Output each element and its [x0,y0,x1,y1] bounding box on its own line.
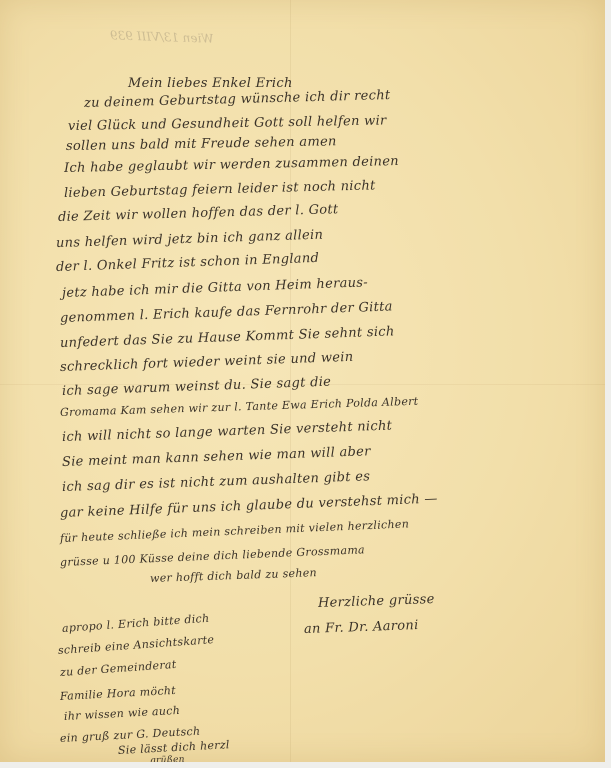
header-date-note: Wien 13/VIII 939 [110,28,214,46]
body-line: Ich habe geglaubt wir werden zusammen de… [64,154,399,176]
body-line: genommen l. Erich kaufe das Fernrohr der… [60,299,393,326]
body-line: der l. Onkel Fritz ist schon in England [56,251,320,275]
closing-greeting: Herzliche grüsse [318,592,435,611]
body-line: die Zeit wir wollen hoffen das der l. Go… [58,202,339,225]
postscript-line: ihr wissen wie auch [64,704,181,723]
body-line: viel Glück und Gesundheit Gott soll helf… [68,113,387,134]
postscript-line: schreib eine Ansichtskarte [58,633,215,657]
body-line: für heute schließe ich mein schreiben mi… [60,517,410,545]
body-line: unfedert das Sie zu Hause Kommt Sie sehn… [60,324,395,351]
bleed-through-text [380,72,384,86]
body-line: gar keine Hilfe für uns ich glaube du ve… [60,491,438,520]
body-line: uns helfen wird jetz bin ich ganz allein [56,228,324,251]
scan-border-right [605,0,611,768]
scan-border-bottom [0,762,611,768]
salutation: Mein liebes Enkel Erich [128,76,293,91]
postscript-line: zu der Gemeinderat [60,658,177,679]
body-line: wer hofft dich bald zu sehen [150,566,317,585]
body-line: ich will nicht so lange warten Sie verst… [62,418,393,445]
body-line: jetz habe ich mir die Gitta von Heim her… [62,275,368,301]
closing-addressee: an Fr. Dr. Aaroni [304,618,419,637]
body-line: ich sag dir es ist nicht zum aushalten g… [62,469,371,495]
body-line: Gromama Kam sehen wir zur l. Tante Ewa E… [60,395,419,419]
letter-paper: Wien 13/VIII 939 Mein liebes Enkel Erich… [0,0,605,762]
body-line: sollen uns bald mit Freude sehen amen [66,134,337,154]
body-line: lieben Geburtstag feiern leider ist noch… [64,178,376,201]
body-line: zu deinem Geburtstag wünsche ich dir rec… [84,88,391,111]
body-line: schrecklich fort wieder weint sie und we… [60,350,354,375]
postscript-line: apropo l. Erich bitte dich [62,612,210,635]
body-line: grüsse u 100 Küsse deine dich liebende G… [60,543,365,569]
body-line: Sie meint man kann sehen wie man will ab… [62,444,371,470]
postscript-line: Familie Hora möcht [60,684,177,703]
